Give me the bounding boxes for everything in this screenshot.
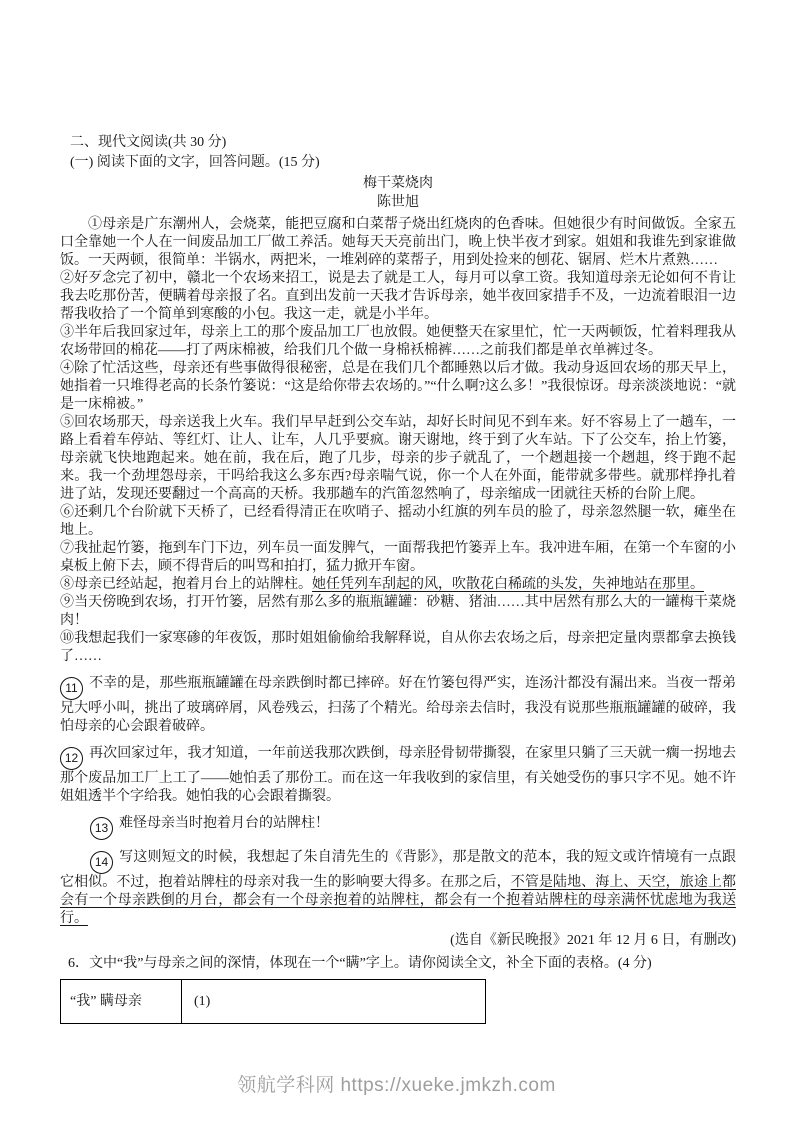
paragraph-text: ⑦我扯起竹篓，拖到车门下边，列车员一面发脾气，一面帮我把竹篓弄上车。我冲进车厢，… [60,541,736,574]
paragraph-text: 不幸的是，那些瓶瓶罐罐在母亲跌倒时都已摔碎。好在竹篓包得严实，连汤汁都没有漏出来… [60,676,736,734]
article-citation: (选自《新民晚报》2021 年 12 月 6 日，有删改) [60,931,736,951]
article-paragraph: ⑥还剩几个台阶就下天桥了，已经看得清正在吹哨子、摇动小红旗的列车员的脸了，母亲忽… [60,504,736,540]
section-instruction: (一) 阅读下面的文字，回答问题。(15 分) [60,153,736,173]
site-watermark: 领航学科网 https://xueke.jmkzh.com [0,1070,793,1097]
article-paragraph: 12再次回家过年，我才知道，一年前送我那次跌倒，母亲胫骨韧带撕裂，在家里只躺了三… [60,745,736,806]
underlined-text: 她任凭列车刮起的风，吹散花白稀疏的头发，失神地站在那里。 [312,577,704,592]
page-content: 二、现代文阅读(共 30 分) (一) 阅读下面的文字，回答问题。(15 分) … [60,133,736,1024]
answer-table: “我” 瞒母亲 (1) [60,979,486,1024]
article-paragraph: ③半年后我回家过年，母亲上工的那个废品加工厂也放假。她便整天在家里忙，忙一天两顿… [60,324,736,360]
paragraph-text: ①母亲是广东潮州人，会烧菜，能把豆腐和白菜帮子烧出红烧肉的色香味。但她很少有时间… [60,217,736,268]
paragraph-text: 难怪母亲当时抱着月台的站牌柱！ [119,816,329,831]
table-row-label: “我” 瞒母亲 [61,980,182,1024]
article-paragraph: ④除了忙活这些，母亲还有些事做得很秘密，总是在我们几个都睡熟以后才做。我动身返回… [60,360,736,414]
paragraph-text: ⑩我想起我们一家寒碜的年夜饭，那时姐姐偷偷给我解释说，自从你去农场之后，母亲把定… [60,631,736,664]
article-paragraph: ⑦我扯起竹篓，拖到车门下边，列车员一面发脾气，一面帮我把竹篓弄上车。我冲进车厢，… [60,540,736,576]
paragraph-text: ⑧母亲已经站起，抱着月台上的站牌柱。 [60,577,312,592]
article-paragraph: ②好歹念完了初中，赣北一个农场来招工，说是去了就是工人，每月可以拿工资。我知道母… [60,270,736,324]
paragraph-number-badge: 11 [60,677,83,700]
paragraph-text: 再次回家过年，我才知道，一年前送我那次跌倒，母亲胫骨韧带撕裂，在家里只躺了三天就… [60,746,736,804]
paragraph-text: ②好歹念完了初中，赣北一个农场来招工，说是去了就是工人，每月可以拿工资。我知道母… [60,271,736,322]
article-paragraph: ⑧母亲已经站起，抱着月台上的站牌柱。她任凭列车刮起的风，吹散花白稀疏的头发，失神… [60,576,736,594]
paragraph-text: ④除了忙活这些，母亲还有些事做得很秘密，总是在我们几个都睡熟以后才做。我动身返回… [60,361,736,412]
table-row: “我” 瞒母亲 (1) [61,980,486,1024]
article-paragraph: ⑨当天傍晚到农场，打开竹篓，居然有那么多的瓶瓶罐罐：砂糖、猪油……其中居然有那么… [60,594,736,630]
question-6: 6．文中“我”与母亲之间的深情，体现在一个“瞒”字上。请你阅读全文，补全下面的表… [60,953,736,974]
paragraph-text: ⑨当天傍晚到农场，打开竹篓，居然有那么多的瓶瓶罐罐：砂糖、猪油……其中居然有那么… [60,595,736,628]
table-cell-answer: (1) [182,980,486,1024]
paragraph-number-badge: 13 [90,817,113,840]
paragraph-number-badge: 14 [90,851,113,874]
paragraph-text: ⑤回农场那天，母亲送我上火车。我们早早赶到公交车站，却好长时间见不到车来。好不容… [60,415,736,502]
article-paragraph: ⑩我想起我们一家寒碜的年夜饭，那时姐姐偷偷给我解释说，自从你去农场之后，母亲把定… [60,630,736,666]
article-paragraph: 11不幸的是，那些瓶瓶罐罐在母亲跌倒时都已摔碎。好在竹篓包得严实，连汤汁都没有漏… [60,675,736,736]
paragraph-number-badge: 12 [60,747,83,770]
article-paragraph: 13难怪母亲当时抱着月台的站牌柱！ [60,815,736,840]
article-paragraph: ①母亲是广东潮州人，会烧菜，能把豆腐和白菜帮子烧出红烧肉的色香味。但她很少有时间… [60,216,736,270]
paragraph-text: ⑥还剩几个台阶就下天桥了，已经看得清正在吹哨子、摇动小红旗的列车员的脸了，母亲忽… [60,505,736,538]
exam-page: 二、现代文阅读(共 30 分) (一) 阅读下面的文字，回答问题。(15 分) … [0,0,793,1122]
article-paragraph: ⑤回农场那天，母亲送我上火车。我们早早赶到公交车站，却好长时间见不到车来。好不容… [60,414,736,504]
article-author: 陈世旭 [60,193,736,212]
paragraph-text: ③半年后我回家过年，母亲上工的那个废品加工厂也放假。她便整天在家里忙，忙一天两顿… [60,325,736,358]
article-body: ①母亲是广东潮州人，会烧菜，能把豆腐和白菜帮子烧出红烧肉的色香味。但她很少有时间… [60,216,736,928]
section-heading: 二、现代文阅读(共 30 分) [60,133,736,153]
article-paragraph: 14写这则短文的时候，我想起了朱自清先生的《背影》，那是散文的范本，我的短文或许… [60,849,736,928]
article-title: 梅干菜烧肉 [60,174,736,193]
